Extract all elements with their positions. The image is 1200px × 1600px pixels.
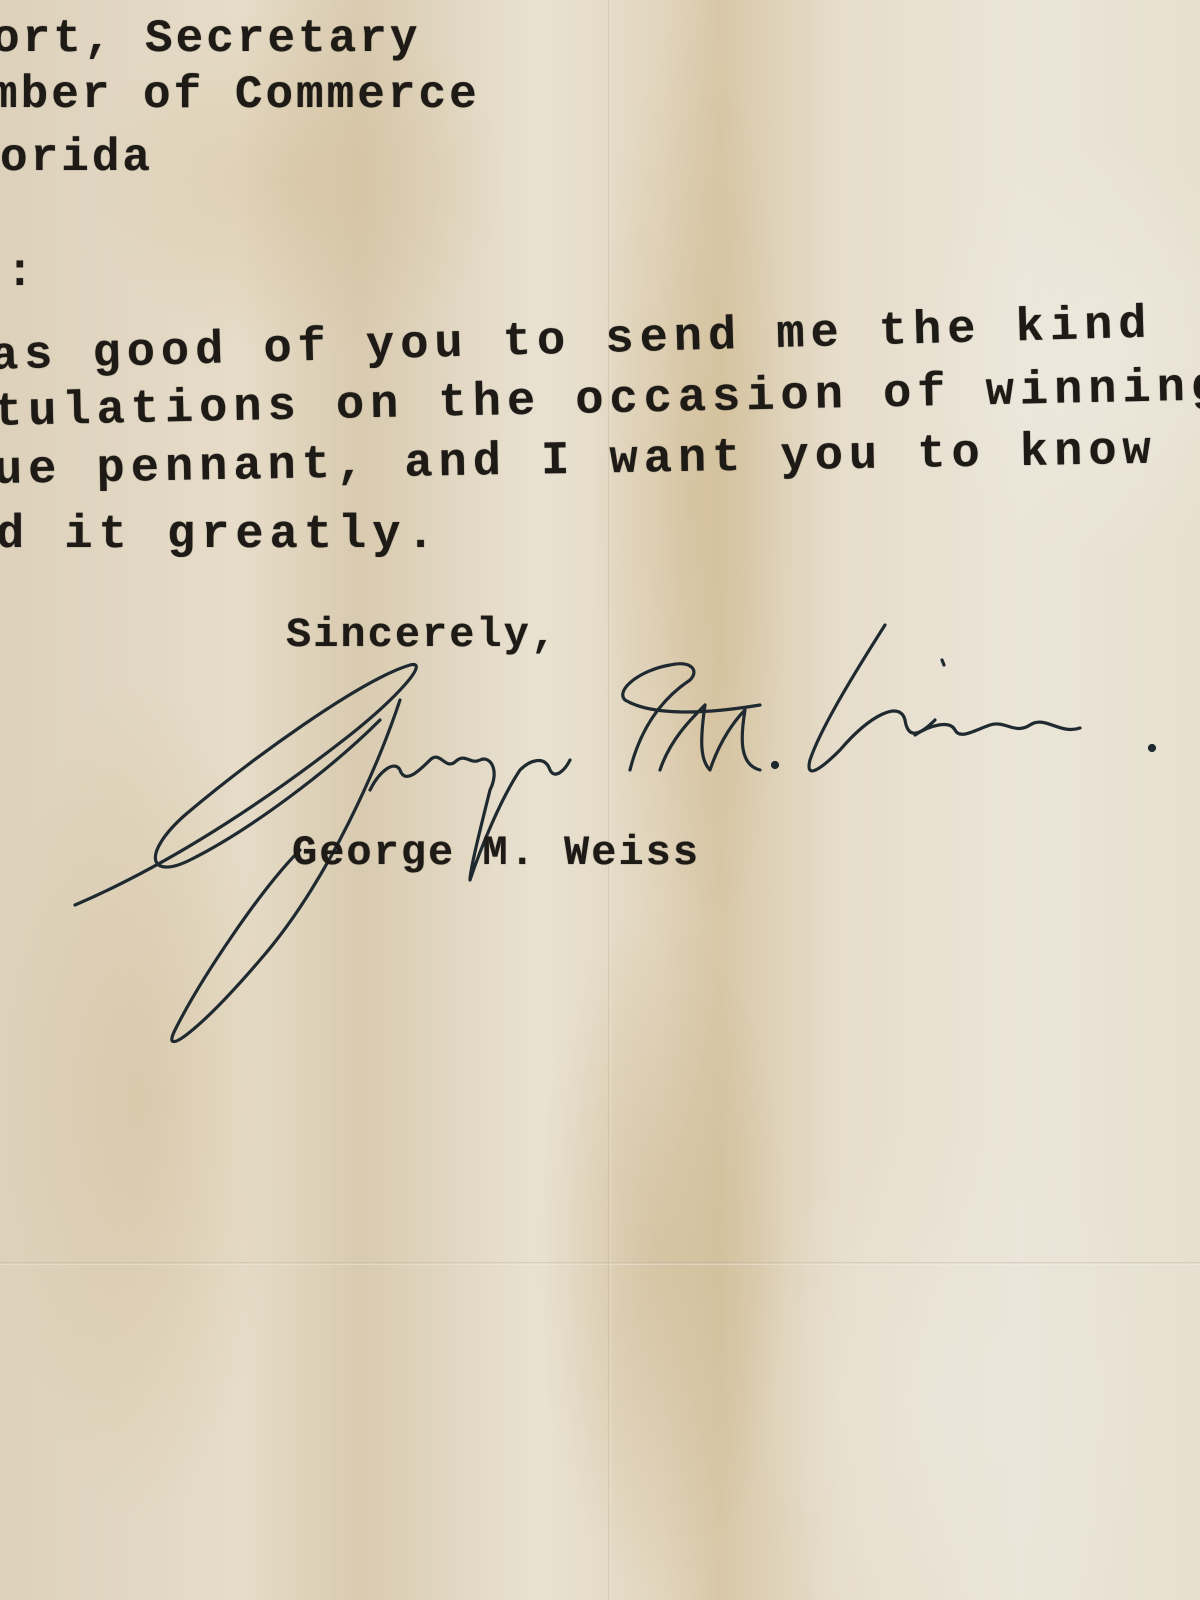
address-line-1: ort, Secretary <box>0 16 420 62</box>
closing: Sincerely, <box>286 614 558 656</box>
typed-signer-name: George M. Weiss <box>292 832 700 874</box>
aged-paper-background <box>0 0 1200 1600</box>
body-line-4: d it greatly. <box>0 512 441 559</box>
vertical-fold-line <box>608 0 611 1600</box>
salutation: : <box>6 250 37 296</box>
address-line-3: orida <box>0 135 153 181</box>
address-line-2: mber of Commerce <box>0 72 480 118</box>
horizontal-fold-line <box>0 1262 1200 1265</box>
